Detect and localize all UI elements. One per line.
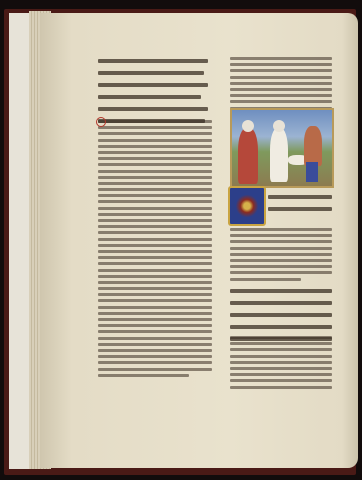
manuscript-page <box>40 13 358 468</box>
left-column-prose <box>98 120 212 380</box>
miniature-painting <box>230 108 334 188</box>
right-column-mid-text <box>268 195 332 219</box>
right-column-bottom-prose <box>230 336 332 392</box>
historiated-initial <box>228 186 266 226</box>
right-column-prose <box>230 228 332 284</box>
left-page-edge <box>9 13 31 469</box>
red-initial-left <box>96 117 106 127</box>
